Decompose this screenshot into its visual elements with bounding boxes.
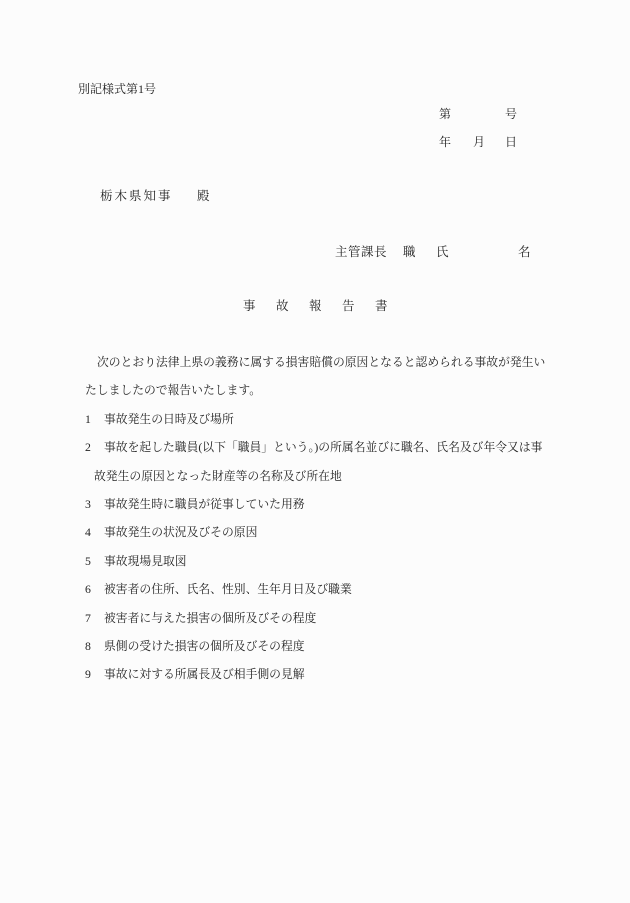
list-item-number: 1 <box>85 412 104 426</box>
list-item: 3事故発生時に職員が従事していた用務 <box>85 497 305 511</box>
line-text: 事故現場見取図 <box>104 554 187 568</box>
line-text: 次のとおり法律上県の義務に属する損害賠償の原因となると認められる事故が発生い <box>97 355 545 369</box>
list-item-number: 8 <box>85 639 104 653</box>
date-year-label: 年 <box>439 135 451 149</box>
sender-post-label: 職 <box>403 245 416 259</box>
list-item: 6被害者の住所、氏名、性別、生年月日及び職業 <box>85 582 352 596</box>
sender-name-label-last: 名 <box>518 245 531 259</box>
document-page: 別記様式第1号 第 号 年 月 日 栃木県知事 殿 主管課長 職 氏 名 事 故… <box>0 0 630 903</box>
line-text: 事故発生の状況及びその原因 <box>104 525 257 539</box>
list-item: 1事故発生の日時及び場所 <box>85 412 234 426</box>
doc-number-prefix: 第 <box>439 107 451 121</box>
line-text: 被害者に与えた損害の個所及びその程度 <box>104 611 316 625</box>
date-month-label: 月 <box>473 135 485 149</box>
line-text: 被害者の住所、氏名、性別、生年月日及び職業 <box>104 582 352 596</box>
list-item: 7被害者に与えた損害の個所及びその程度 <box>85 611 316 625</box>
line-text: 県側の受けた損害の個所及びその程度 <box>104 639 305 653</box>
list-item: 2事故を起した職員(以下「職員」という。)の所属名並びに職名、氏名及び年令又は事 <box>85 440 542 454</box>
list-item: 故発生の原因となった財産等の名称及び所在地 <box>94 469 342 483</box>
line-text: 事故発生時に職員が従事していた用務 <box>104 497 305 511</box>
date-day-label: 日 <box>505 135 517 149</box>
list-item-number: 9 <box>85 667 104 681</box>
body-line: 次のとおり法律上県の義務に属する損害賠償の原因となると認められる事故が発生い <box>97 355 545 369</box>
line-text: 事故発生の日時及び場所 <box>104 412 234 426</box>
list-item-number: 2 <box>85 440 104 454</box>
list-item-number: 6 <box>85 582 104 596</box>
list-item-number: 4 <box>85 525 104 539</box>
list-item: 5事故現場見取図 <box>85 554 187 568</box>
list-item: 8県側の受けた損害の個所及びその程度 <box>85 639 305 653</box>
list-item-number: 7 <box>85 611 104 625</box>
list-item-number: 5 <box>85 554 104 568</box>
line-text: 事故に対する所属長及び相手側の見解 <box>104 667 305 681</box>
addressee-name: 栃木県知事 <box>100 189 173 203</box>
doc-number-suffix: 号 <box>505 107 517 121</box>
line-text: たしましたので報告いたします。 <box>85 383 261 397</box>
document-title: 事 故 報 告 書 <box>243 299 392 313</box>
addressee-honorific: 殿 <box>197 189 210 203</box>
line-text: 事故を起した職員(以下「職員」という。)の所属名並びに職名、氏名及び年令又は事 <box>104 440 542 454</box>
list-item: 4事故発生の状況及びその原因 <box>85 525 257 539</box>
body-line: たしましたので報告いたします。 <box>85 383 261 397</box>
line-text: 故発生の原因となった財産等の名称及び所在地 <box>94 469 342 483</box>
sender-name-label-first: 氏 <box>436 245 449 259</box>
list-item-number: 3 <box>85 497 104 511</box>
form-number-label: 別記様式第1号 <box>78 82 156 96</box>
sender-title: 主管課長 <box>335 245 387 259</box>
list-item: 9事故に対する所属長及び相手側の見解 <box>85 667 305 681</box>
